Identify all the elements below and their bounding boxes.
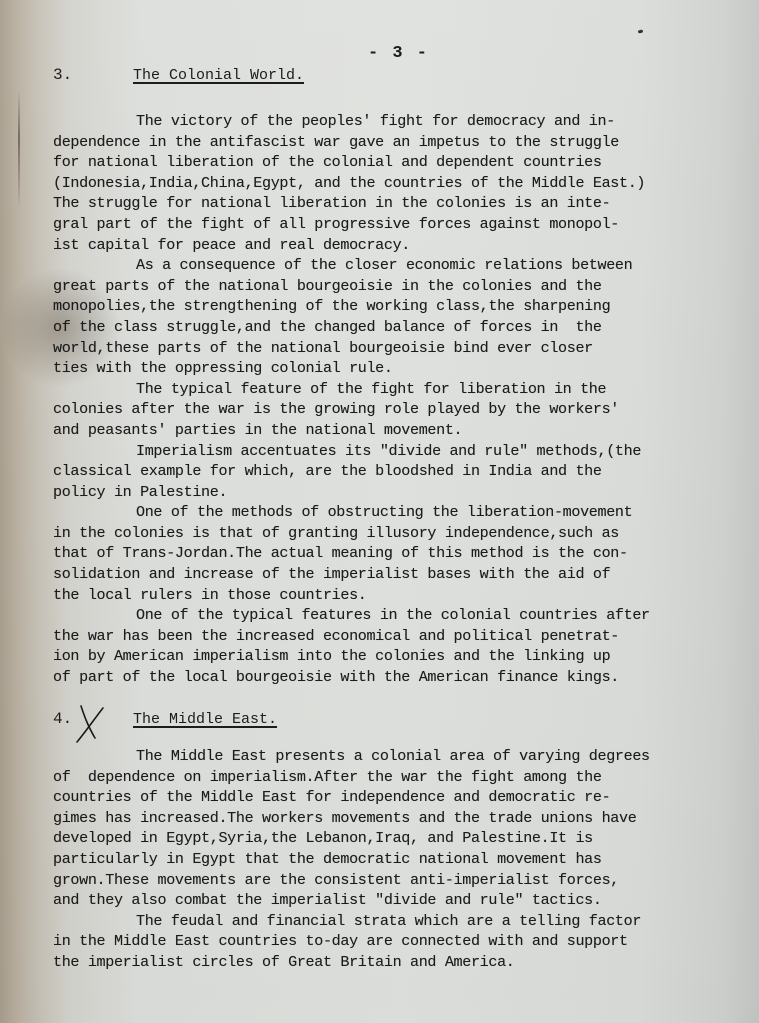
section-title: The Middle East. xyxy=(133,711,277,728)
text-line: the local rulers in those countries. xyxy=(53,585,743,606)
text-line: grown.These movements are the consistent… xyxy=(53,870,743,891)
section-body: The Middle East presents a colonial area… xyxy=(53,746,743,973)
paragraph: One of the methods of obstructing the li… xyxy=(53,502,743,605)
text-line: The struggle for national liberation in … xyxy=(53,193,743,214)
text-line: particularly in Egypt that the democrati… xyxy=(53,849,743,870)
paragraph: One of the typical features in the colon… xyxy=(53,605,743,687)
text-line: The Middle East presents a colonial area… xyxy=(53,746,743,767)
text-line: the imperialist circles of Great Britain… xyxy=(53,952,743,973)
text-line: countries of the Middle East for indepen… xyxy=(53,787,743,808)
text-line: The typical feature of the fight for lib… xyxy=(53,379,743,400)
text-line: dependence in the antifascist war gave a… xyxy=(53,132,743,153)
paragraph: The victory of the peoples' fight for de… xyxy=(53,111,743,255)
text-line: ist capital for peace and real democracy… xyxy=(53,235,743,256)
text-line: the war has been the increased economica… xyxy=(53,626,743,647)
text-line: and they also combat the imperialist "di… xyxy=(53,890,743,911)
text-line: monopolies,the strengthening of the work… xyxy=(53,296,743,317)
section-body: The victory of the peoples' fight for de… xyxy=(53,111,743,688)
text-line: and peasants' parties in the national mo… xyxy=(53,420,743,441)
paragraph: The typical feature of the fight for lib… xyxy=(53,379,743,441)
section-heading: 4. The Middle East. xyxy=(53,710,743,734)
text-line: ties with the oppressing colonial rule. xyxy=(53,358,743,379)
text-line: of dependence on imperialism.After the w… xyxy=(53,767,743,788)
text-line: gral part of the fight of all progressiv… xyxy=(53,214,743,235)
text-line: One of the methods of obstructing the li… xyxy=(53,502,743,523)
text-line: The victory of the peoples' fight for de… xyxy=(53,111,743,132)
text-line: developed in Egypt,Syria,the Lebanon,Ira… xyxy=(53,828,743,849)
text-line: great parts of the national bourgeoisie … xyxy=(53,276,743,297)
text-line: ion by American imperialism into the col… xyxy=(53,646,743,667)
text-line: world,these parts of the national bourge… xyxy=(53,338,743,359)
paragraph: As a consequence of the closer economic … xyxy=(53,255,743,379)
section-title: The Colonial World. xyxy=(133,67,304,84)
text-line: classical example for which, are the blo… xyxy=(53,461,743,482)
paper-fold-crease xyxy=(18,90,20,210)
text-line: of the class struggle,and the changed ba… xyxy=(53,317,743,338)
text-line: policy in Palestine. xyxy=(53,482,743,503)
section-heading: 3. The Colonial World. xyxy=(53,66,743,90)
section-middle-east: 4. The Middle East. The Middle East pres… xyxy=(53,710,743,973)
handwritten-x-mark-icon xyxy=(75,704,107,744)
section-number: 3. xyxy=(53,66,133,84)
text-line: in the Middle East countries to-day are … xyxy=(53,931,743,952)
page-number: - 3 - xyxy=(368,44,429,63)
text-line: Imperialism accentuates its "divide and … xyxy=(53,441,743,462)
paragraph: Imperialism accentuates its "divide and … xyxy=(53,441,743,503)
text-line: for national liberation of the colonial … xyxy=(53,152,743,173)
text-line: that of Trans-Jordan.The actual meaning … xyxy=(53,543,743,564)
text-line: in the colonies is that of granting illu… xyxy=(53,523,743,544)
text-line: As a consequence of the closer economic … xyxy=(53,255,743,276)
text-line: (Indonesia,India,China,Egypt, and the co… xyxy=(53,173,743,194)
text-line: of part of the local bourgeoisie with th… xyxy=(53,667,743,688)
text-line: solidation and increase of the imperiali… xyxy=(53,564,743,585)
paragraph: The feudal and financial strata which ar… xyxy=(53,911,743,973)
ink-speck xyxy=(638,29,644,33)
text-line: The feudal and financial strata which ar… xyxy=(53,911,743,932)
section-colonial-world: 3. The Colonial World. The victory of th… xyxy=(53,66,743,688)
text-line: One of the typical features in the colon… xyxy=(53,605,743,626)
text-line: colonies after the war is the growing ro… xyxy=(53,399,743,420)
paragraph: The Middle East presents a colonial area… xyxy=(53,746,743,911)
text-line: gimes has increased.The workers movement… xyxy=(53,808,743,829)
